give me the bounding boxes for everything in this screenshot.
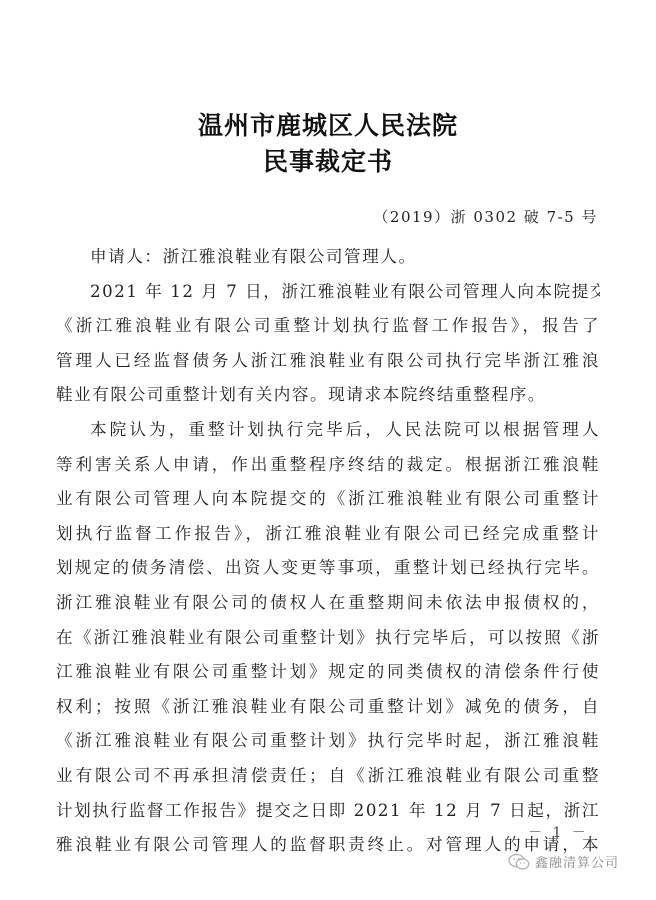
body-line: 2021 年 12 月 7 日，浙江雅浪鞋业有限公司管理人向本院提交 <box>56 275 600 310</box>
court-name: 温州市鹿城区人民法院 <box>0 106 656 142</box>
body-line: 《浙江雅浪鞋业有限公司重整计划》执行完毕时起，浙江雅浪鞋 <box>56 724 600 759</box>
body-line: 江雅浪鞋业有限公司重整计划》规定的同类债权的清偿条件行使 <box>56 655 600 690</box>
body-line: 《浙江雅浪鞋业有限公司重整计划执行监督工作报告》，报告了 <box>56 309 600 344</box>
page-number: － 1 － <box>528 822 589 842</box>
document-page: 温州市鹿城区人民法院 民事裁定书 （2019）浙 0302 破 7-5 号 申请… <box>0 0 656 900</box>
body-line: 业有限公司不再承担清偿责任；自《浙江雅浪鞋业有限公司重整 <box>56 759 600 794</box>
wechat-icon <box>508 853 530 871</box>
body-line: 划执行监督工作报告》，浙江雅浪鞋业有限公司已经完成重整计 <box>56 517 600 552</box>
body-line: 申请人：浙江雅浪鞋业有限公司管理人。 <box>56 240 600 275</box>
body-line: 业有限公司管理人向本院提交的《浙江雅浪鞋业有限公司重整计 <box>56 482 600 517</box>
body-line: 等利害关系人申请，作出重整程序终结的裁定。根据浙江雅浪鞋 <box>56 448 600 483</box>
watermark: 鑫融清算公司 <box>508 852 619 871</box>
body-line: 管理人已经监督债务人浙江雅浪鞋业有限公司执行完毕浙江雅浪 <box>56 344 600 379</box>
body-line: 鞋业有限公司重整计划有关内容。现请求本院终结重整程序。 <box>56 378 600 413</box>
watermark-text: 鑫融清算公司 <box>535 852 619 871</box>
case-number: （2019）浙 0302 破 7-5 号 <box>373 206 598 227</box>
body-line: 计划执行监督工作报告》提交之日即 2021 年 12 月 7 日起，浙江 <box>56 794 600 829</box>
ruling-body: 申请人：浙江雅浪鞋业有限公司管理人。2021 年 12 月 7 日，浙江雅浪鞋业… <box>56 240 600 863</box>
body-line: 权利；按照《浙江雅浪鞋业有限公司重整计划》减免的债务，自 <box>56 690 600 725</box>
body-line: 划规定的债务清偿、出资人变更等事项，重整计划已经执行完毕。 <box>56 551 600 586</box>
document-type-title: 民事裁定书 <box>0 142 656 178</box>
body-line: 浙江雅浪鞋业有限公司的债权人在重整期间未依法申报债权的， <box>56 586 600 621</box>
body-line: 本院认为，重整计划执行完毕后，人民法院可以根据管理人 <box>56 413 600 448</box>
body-line: 在《浙江雅浪鞋业有限公司重整计划》执行完毕后，可以按照《浙 <box>56 621 600 656</box>
